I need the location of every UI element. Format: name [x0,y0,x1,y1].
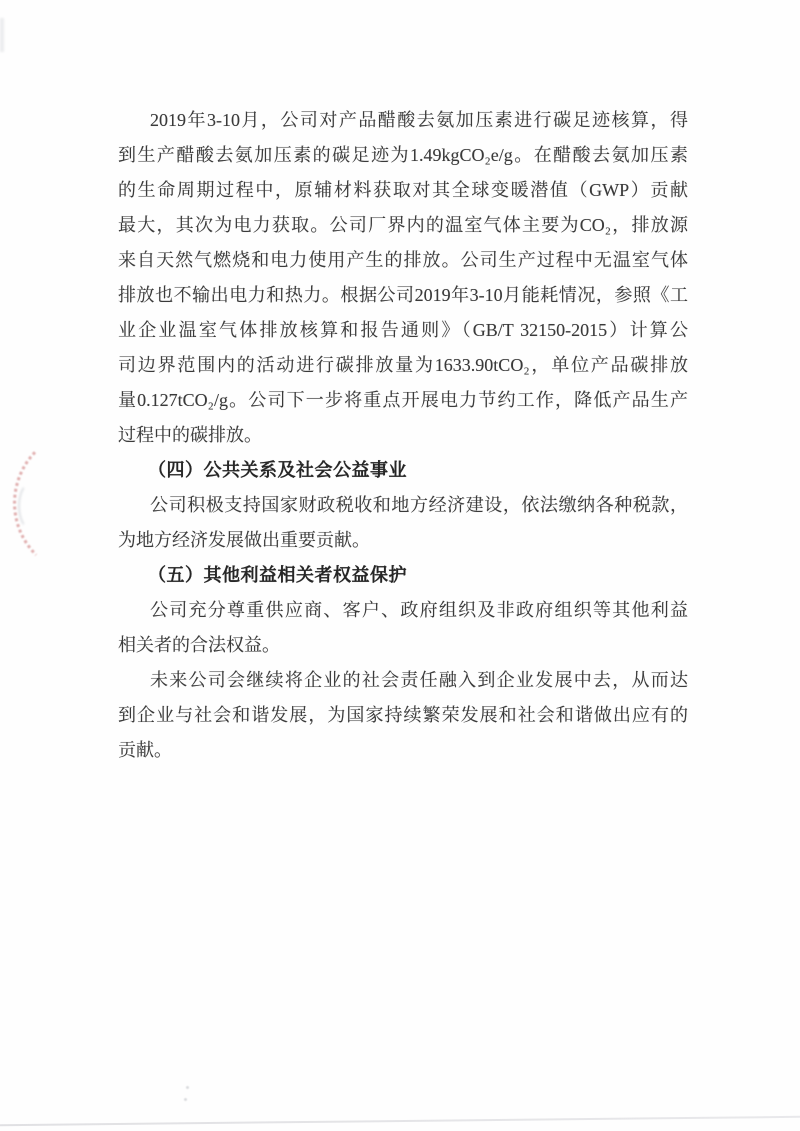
body-line: 来自天然气燃烧和电力使用产生的排放。公司生产过程中无温室气体 [118,243,688,278]
scanned-document-page: 2019年3-10月，公司对产品醋酸去氨加压素进行碳足迹核算，得 到生产醋酸去氨… [0,0,800,1131]
document-text-block: 2019年3-10月，公司对产品醋酸去氨加压素进行碳足迹核算，得 到生产醋酸去氨… [118,103,688,768]
body-line: 的生命周期过程中，原辅材料获取对其全球变暖潜值（GWP）贡献 [118,173,688,208]
body-line: 到生产醋酸去氨加压素的碳足迹为1.49kgCO₂e/g。在醋酸去氨加压素 [118,138,688,173]
scan-speck [186,1086,189,1089]
section-heading-public-relations: （四）公共关系及社会公益事业 [118,453,688,488]
body-line: 为地方经济发展做出重要贡献。 [118,523,688,558]
page-bottom-edge [0,1116,800,1127]
scan-smudge [0,18,4,52]
body-line: 业企业温室气体排放核算和报告通则》（GB/T 32150-2015）计算公 [118,313,688,348]
body-line: 司边界范围内的活动进行碳排放量为1633.90tCO₂，单位产品碳排放 [118,348,688,383]
body-line: 量0.127tCO₂/g。公司下一步将重点开展电力节约工作，降低产品生产 [118,383,688,418]
body-line: 到企业与社会和谐发展，为国家持续繁荣发展和社会和谐做出应有的 [118,698,688,733]
seal-ghost-mark [18,482,44,530]
body-line: 排放也不输出电力和热力。根据公司2019年3-10月能耗情况，参照《工 [118,278,688,313]
body-line: 相关者的合法权益。 [118,628,688,663]
body-line: 过程中的碳排放。 [118,418,688,453]
scan-speck [184,1098,187,1101]
body-line: 公司积极支持国家财政税收和地方经济建设，依法缴纳各种税款， [118,488,688,523]
body-line: 未来公司会继续将企业的社会责任融入到企业发展中去，从而达 [118,663,688,698]
body-line: 最大，其次为电力获取。公司厂界内的温室气体主要为CO₂，排放源 [118,208,688,243]
body-line: 2019年3-10月，公司对产品醋酸去氨加压素进行碳足迹核算，得 [118,103,688,138]
body-line: 贡献。 [118,733,688,768]
body-line: 公司充分尊重供应商、客户、政府组织及非政府组织等其他利益 [118,593,688,628]
section-heading-stakeholder-rights: （五）其他利益相关者权益保护 [118,558,688,593]
